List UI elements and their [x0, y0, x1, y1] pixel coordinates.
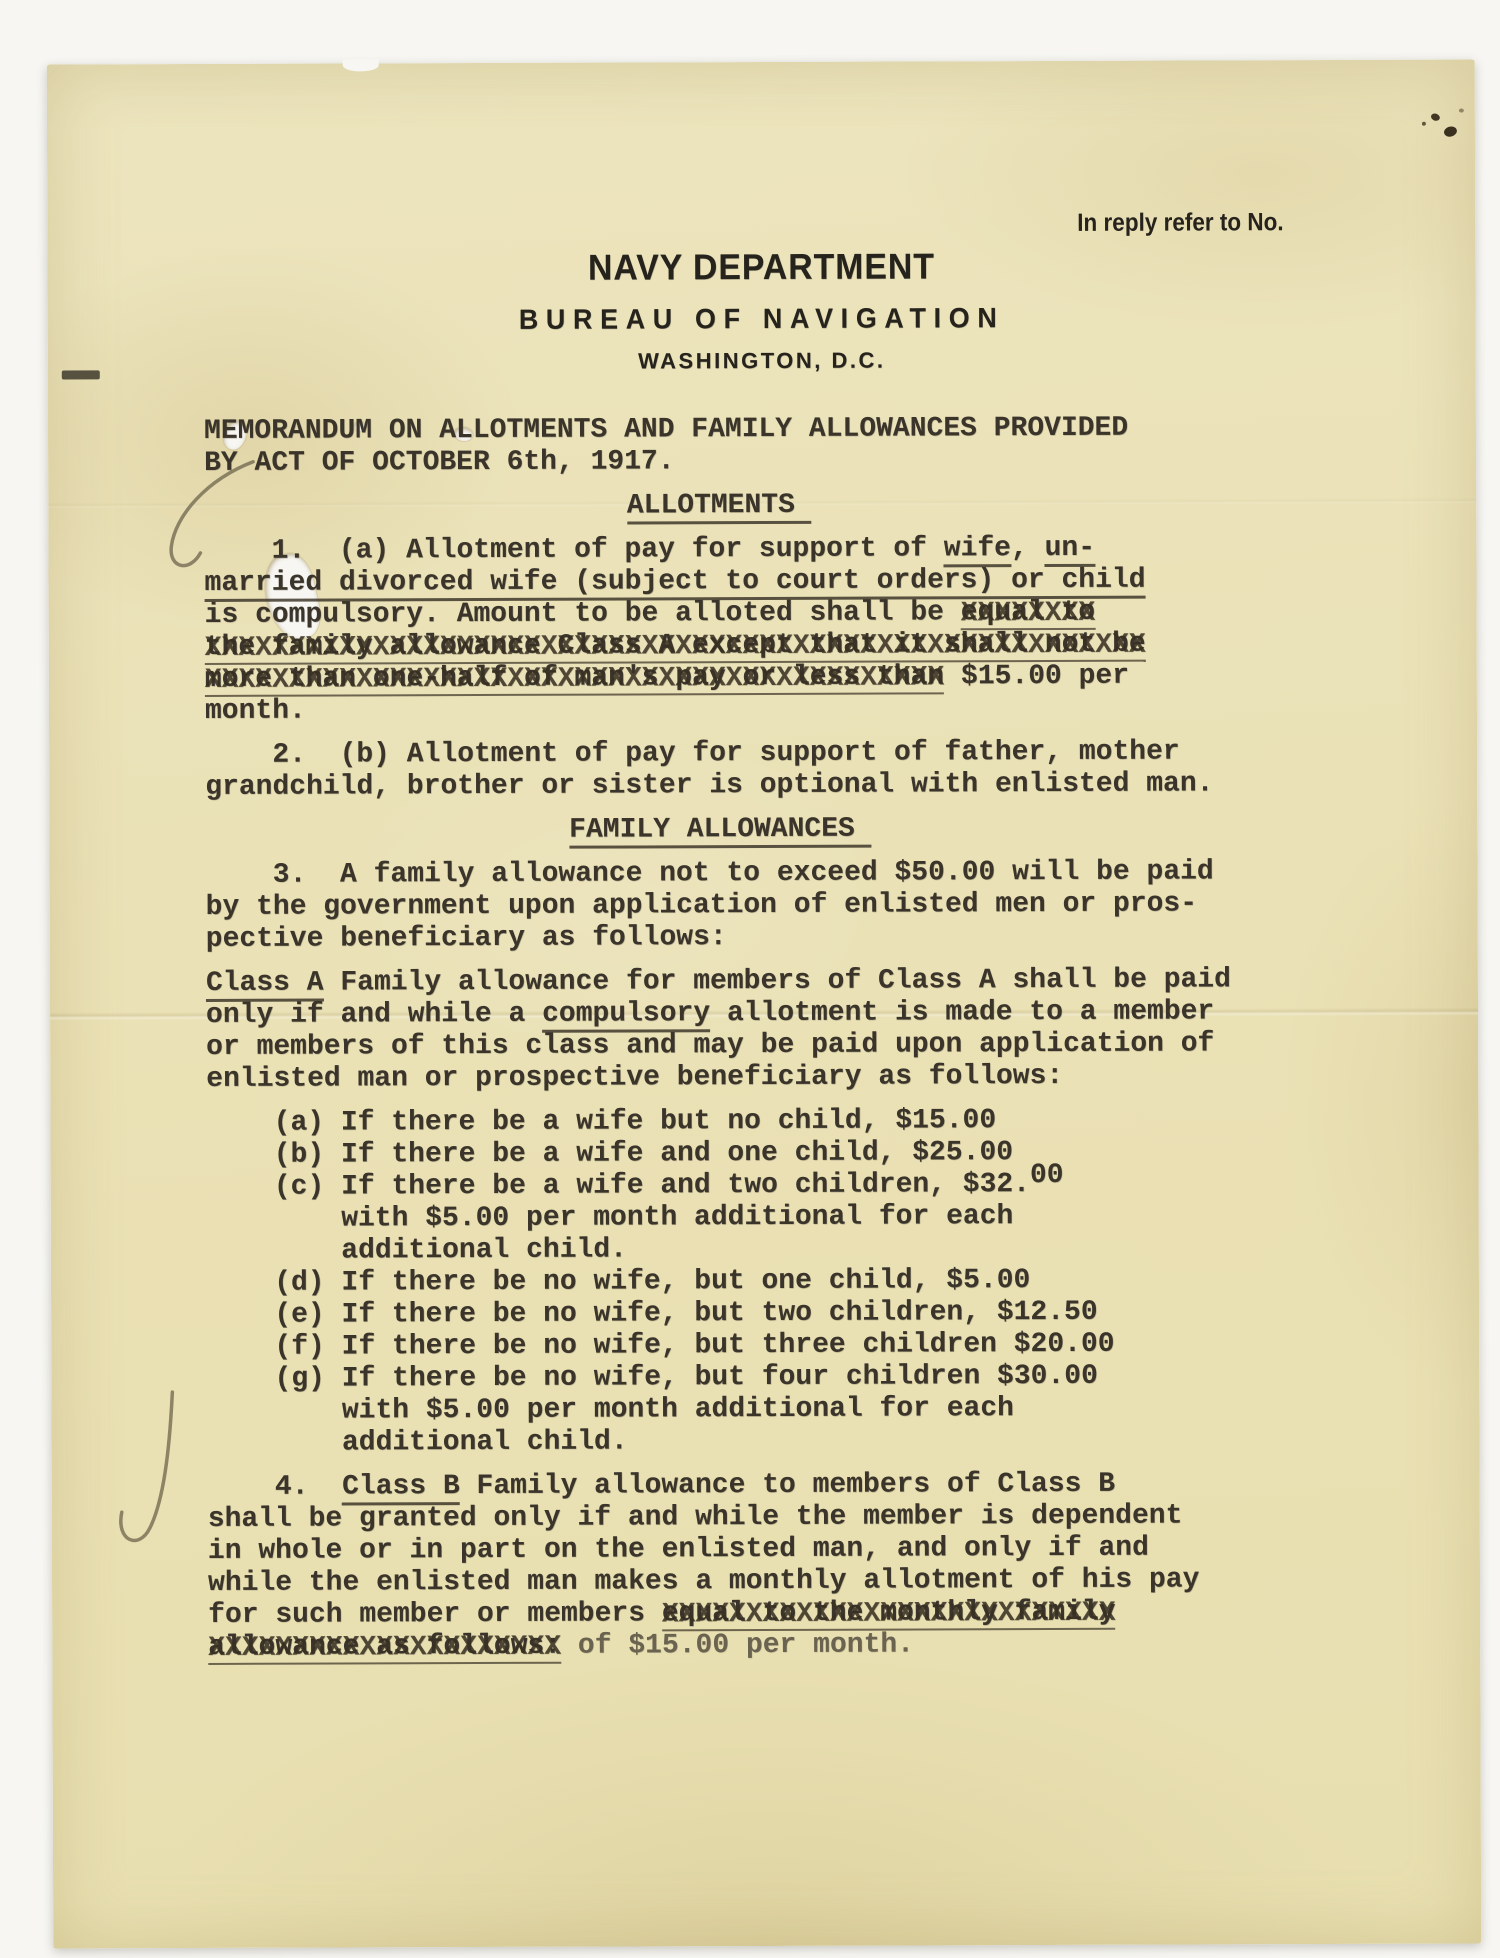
typed-text: in whole or in part on the enlisted man,… [208, 1533, 1149, 1567]
typed-text: is compulsory. Amount to be alloted shal… [205, 597, 961, 631]
class-a-list: (a) If there be a wife but no child, $15… [206, 1104, 1237, 1460]
letterhead-city: WASHINGTON, D.C. [48, 346, 1476, 377]
paper-edge-notch [343, 59, 379, 71]
typed-text: 4. [208, 1471, 343, 1502]
strikeout-x-overlay: XXXXXXXXXXXXXXXXXXXXXXXXXXX [662, 1598, 1116, 1632]
text-line: 3. A family allowance not to exceed $50.… [205, 856, 1235, 892]
ink-blot [1430, 112, 1441, 122]
letterhead-department: NAVY DEPARTMENT [90, 244, 1432, 291]
typed-text: additional child. [207, 1426, 627, 1458]
strikeout-x-overlay: XXXXXXXXXXXXXXXXXXXXXXXXXXXXXXXXXXXXXXXX… [205, 630, 1146, 665]
typed-text: (d) If there be no wife, but one child, … [207, 1265, 1030, 1299]
typed-text: (b) If there be a wife and one child, $2… [206, 1137, 1013, 1171]
text-line: in whole or in part on the enlisted man,… [208, 1532, 1238, 1568]
paragraph-1: 1. (a) Allotment of pay for support of w… [204, 532, 1235, 728]
text-line: 2. (b) Allotment of pay for support of f… [205, 736, 1235, 772]
typed-text: with $5.00 per month additional for each [207, 1393, 1014, 1427]
text-line: grandchild, brother or sister is optiona… [205, 768, 1235, 804]
typed-text: shall be granted only if and while the m… [208, 1501, 1183, 1535]
class-a-paragraph: Class A Family allowance for members of … [206, 964, 1236, 1096]
typed-text: (c) If there be a wife and two children,… [207, 1169, 1030, 1203]
ink-blot [1422, 122, 1426, 126]
allotments-heading: ALLOTMENTS [204, 488, 1234, 524]
ink-blot [1443, 125, 1458, 138]
memo-title: MEMORANDUM ON ALLOTMENTS AND FAMILY ALLO… [204, 412, 1234, 480]
typed-text: Family allowance for members of Class A … [323, 964, 1230, 998]
text-line: shall be granted only if and while the m… [208, 1500, 1238, 1536]
underlined-text: Class B [342, 1471, 460, 1505]
typed-text: $15.00 per [944, 661, 1129, 693]
underlined-text: wife [944, 533, 1011, 567]
typed-text: for such member or members [208, 1598, 662, 1631]
text-line: (b) If there be a wife and one child, $2… [206, 1136, 1236, 1172]
text-line: with $5.00 per month additional for each [207, 1200, 1237, 1236]
text-line: pective beneficiary as follows: [206, 920, 1236, 956]
typed-text: 1. (a) Allotment of pay for support of [204, 533, 943, 567]
typed-text: only if and while a [206, 999, 542, 1031]
typed-text: additional child. [207, 1234, 627, 1266]
typed-text: by the government upon application of en… [206, 888, 1197, 922]
text-line: additional child. [207, 1232, 1237, 1268]
typed-text: enlisted man or prospective beneficiary … [206, 1061, 1063, 1095]
text-line: enlisted man or prospective beneficiary … [206, 1060, 1236, 1096]
typed-text: , [1011, 533, 1045, 564]
text-line: 1. (a) Allotment of pay for support of w… [204, 532, 1234, 568]
text-line: additional child. [207, 1424, 1237, 1460]
typed-text: MEMORANDUM ON ALLOTMENTS AND FAMILY ALLO… [204, 413, 1128, 447]
typed-text: 2. (b) Allotment of pay for support of f… [205, 737, 1180, 771]
scanned-document-view: In reply refer to No. NAVY DEPARTMENT BU… [0, 0, 1500, 1958]
letterhead-bureau: BUREAU OF NAVIGATION [76, 301, 1447, 338]
typed-text: (f) If there be no wife, but three child… [207, 1329, 1114, 1363]
text-line: (e) If there be no wife, but two childre… [207, 1296, 1237, 1332]
typed-text: grandchild, brother or sister is optiona… [205, 768, 1213, 803]
text-line: more than one-half of man's pay or less … [205, 660, 1235, 696]
underlined-text: Class A [206, 968, 324, 1002]
underlined-text: compulsory [542, 998, 710, 1033]
reply-reference-note: In reply refer to No. [1077, 208, 1283, 238]
text-line: is compulsory. Amount to be alloted shal… [205, 596, 1235, 632]
typed-text: 00 [1030, 1160, 1064, 1191]
underlined-text: ALLOTMENTS [627, 490, 812, 525]
typed-text: (e) If there be no wife, but two childre… [207, 1297, 1098, 1331]
struck-text: the family allowance Class A except that… [205, 629, 1146, 665]
text-line: BY ACT OF OCTOBER 6th, 1917. [204, 444, 1234, 480]
typed-text: (a) If there be a wife but no child, $15… [206, 1105, 996, 1139]
text-line: (d) If there be no wife, but one child, … [207, 1264, 1237, 1300]
text-line: (a) If there be a wife but no child, $15… [206, 1104, 1236, 1140]
typed-text: allotment is made to a member [710, 996, 1214, 1029]
typed-text: with $5.00 per month additional for each [207, 1201, 1014, 1235]
text-line: ALLOTMENTS [204, 488, 1234, 524]
text-line: only if and while a compulsory allotment… [206, 996, 1236, 1032]
text-line: allowance as follows:XXXXXXXXXXXXXXXXXXX… [208, 1628, 1238, 1664]
text-line: while the enlisted man makes a monthly a… [208, 1564, 1238, 1600]
text-line: married divorced wife (subject to court … [204, 564, 1234, 600]
struck-text: allowance as follows:XXXXXXXXXXXXXXXXXXX… [208, 1631, 561, 1665]
text-line: with $5.00 per month additional for each [207, 1392, 1237, 1428]
struck-text: more than one-half of man's pay or less … [205, 661, 944, 697]
strikeout-x-overlay: XXXXXXXX [961, 598, 1096, 630]
text-line: MEMORANDUM ON ALLOTMENTS AND FAMILY ALLO… [204, 412, 1234, 448]
text-line: (f) If there be no wife, but three child… [207, 1328, 1237, 1364]
document-page: In reply refer to No. NAVY DEPARTMENT BU… [47, 60, 1482, 1949]
typed-text: 3. A family allowance not to exceed $50.… [205, 856, 1213, 891]
family-allowances-heading: FAMILY ALLOWANCES [205, 812, 1235, 848]
text-line: the family allowance Class A except that… [205, 628, 1235, 664]
text-line: by the government upon application of en… [206, 888, 1236, 924]
text-line: Class A Family allowance for members of … [206, 964, 1236, 1000]
typed-text: of $15.00 per month. [561, 1629, 914, 1661]
typed-text: Family allowance to members of Class B [460, 1469, 1115, 1502]
text-line: for such member or members equal to the … [208, 1596, 1238, 1632]
text-line: (g) If there be no wife, but four childr… [207, 1360, 1237, 1396]
text-line: or members of this class and may be paid… [206, 1028, 1236, 1064]
paragraph-2: 2. (b) Allotment of pay for support of f… [205, 736, 1235, 804]
typed-text: BY ACT OF OCTOBER 6th, 1917. [204, 446, 675, 479]
paragraph-4: 4. Class B Family allowance to members o… [208, 1468, 1239, 1664]
typed-text: month. [205, 696, 306, 727]
typed-text: pective beneficiary as follows: [206, 922, 727, 955]
strikeout-x-overlay: XXXXXXXXXXXXXXXXXXXXX [208, 1632, 561, 1665]
underlined-text: un- [1045, 533, 1096, 567]
typed-text: (g) If there be no wife, but four childr… [207, 1361, 1098, 1395]
letterhead: NAVY DEPARTMENT BUREAU OF NAVIGATION WAS… [47, 244, 1475, 377]
typed-text: while the enlisted man makes a monthly a… [208, 1564, 1199, 1598]
ink-blot [1459, 109, 1464, 113]
text-line: (c) If there be a wife and two children,… [207, 1168, 1237, 1204]
typed-body: MEMORANDUM ON ALLOTMENTS AND FAMILY ALLO… [204, 412, 1238, 1664]
strikeout-x-overlay: XXXXXXXXXXXXXXXXXXXXXXXXXXXXXXXXXXXXXXXX… [205, 662, 944, 697]
text-line: month. [205, 692, 1235, 728]
underlined-text: FAMILY ALLOWANCES [569, 814, 872, 849]
text-line: FAMILY ALLOWANCES [205, 812, 1235, 848]
typed-text: or members of this class and may be paid… [206, 1028, 1214, 1063]
paragraph-3: 3. A family allowance not to exceed $50.… [205, 856, 1235, 956]
struck-text: equal to the monthly familyXXXXXXXXXXXXX… [662, 1597, 1116, 1632]
pencil-hook-mark [120, 1392, 172, 1540]
struck-text: equal toXXXXXXXX [961, 597, 1096, 630]
text-line: 4. Class B Family allowance to members o… [208, 1468, 1238, 1504]
